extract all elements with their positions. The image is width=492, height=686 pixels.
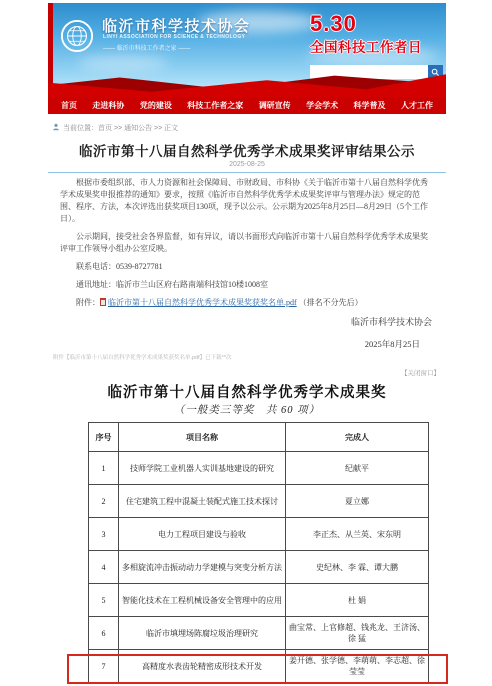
project-name: 住宅建筑工程中混凝土装配式施工技术探讨 [119,485,286,518]
article-body: 根据市委组织部、市人力资源和社会保障局、市财政局、市科协《关于临沂市第十八届自然… [60,177,434,309]
breadcrumb-text[interactable]: 当前位置：首页 >> 通知公告 >> 正文 [63,123,178,133]
project-name: 智能化技术在工程机械设备安全管理中的应用 [119,584,286,617]
nav-item-6[interactable]: 科学普及 [354,100,386,111]
row-number: 1 [89,452,119,485]
col-header-number: 序号 [89,423,119,452]
nav-item-1[interactable]: 走进科协 [92,100,124,111]
attachment-line: 附件：临沂市第十八届自然科学优秀学术成果奖获奖名单.pdf （排名不分先后） [60,297,434,309]
nav-item-4[interactable]: 调研宣传 [259,100,291,111]
main-nav: 首页走进科协党的建设科技工作者之家调研宣传学会学术科学普及人才工作 [48,97,446,114]
completers: 夏立娜 [286,485,429,518]
location-person-icon [52,123,60,133]
project-name: 多相旋流冲击振动动力学建模与突变分析方法 [119,551,286,584]
org-tagline: —— 临沂市科技工作者之家 —— [103,43,190,52]
row-number: 4 [89,551,119,584]
org-name-english: LINYI ASSOCIATION FOR SCIENCE & TECHNOLO… [103,34,245,40]
nav-item-3[interactable]: 科技工作者之家 [187,100,243,111]
table-row: 1技师学院工业机器人实训基地建设的研究纪献平 [89,452,429,485]
page: 临沂市科学技术协会 LINYI ASSOCIATION FOR SCIENCE … [0,0,492,686]
completers: 纪献平 [286,452,429,485]
article-title: 临沂市第十八届自然科学优秀学术成果奖评审结果公示 [48,140,446,160]
paragraph: 根据市委组织部、市人力资源和社会保障局、市财政局、市科协《关于临沂市第十八届自然… [60,177,434,225]
nav-item-2[interactable]: 党的建设 [140,100,172,111]
row-number: 3 [89,518,119,551]
project-name: 临沂市填埋场陈腐垃圾治理研究 [119,617,286,650]
header-banner: 临沂市科学技术协会 LINYI ASSOCIATION FOR SCIENCE … [48,3,446,97]
campaign-title: 全国科技工作者日 [310,36,422,56]
completers: 曲宝常、上官修超、钱兆龙、王济汤、徐 猛 [286,617,429,650]
breadcrumb: 当前位置：首页 >> 通知公告 >> 正文 [52,123,178,133]
col-header-project: 项目名称 [119,423,286,452]
table-row: 4多相旋流冲击振动动力学建模与突变分析方法史纪林、李 霖、谭大鹏 [89,551,429,584]
col-header-completers: 完成人 [286,423,429,452]
project-name: 电力工程项目建设与验收 [119,518,286,551]
award-table: 序号 项目名称 完成人 1技师学院工业机器人实训基地建设的研究纪献平2住宅建筑工… [88,422,429,683]
row-number: 6 [89,617,119,650]
attachment-label: 附件： [76,298,100,307]
campaign-number: 5.30 [310,11,357,37]
nav-item-5[interactable]: 学会学术 [306,100,338,111]
paragraph: 公示期间，接受社会各界监督，如有异议，请以书面形式向临沂市第十八届自然科学优秀学… [60,231,434,255]
award-title: 临沂市第十八届自然科学优秀学术成果奖 [48,381,446,402]
title-divider [48,172,446,173]
close-window-link[interactable]: 【关闭窗口】 [401,368,440,377]
completers: 姜开德、张学德、李萌萌、李志超、徐莹莹 [286,650,429,683]
completers: 李正杰、从兰英、宋东明 [286,518,429,551]
pdf-file-icon [100,298,106,306]
org-name: 临沂市科学技术协会 [102,15,251,36]
row-number: 2 [89,485,119,518]
nav-item-7[interactable]: 人才工作 [401,100,433,111]
association-logo-icon [60,19,94,53]
table-row: 7高精度水表齿轮精密成形技术开发姜开德、张学德、李萌萌、李志超、徐莹莹 [89,650,429,683]
cloud-decoration [78,55,168,71]
table-row: 6临沂市填埋场陈腐垃圾治理研究曲宝常、上官修超、钱兆龙、王济汤、徐 猛 [89,617,429,650]
award-table-body: 1技师学院工业机器人实训基地建设的研究纪献平2住宅建筑工程中混凝土装配式施工技术… [89,452,429,683]
attachment-link[interactable]: 临沂市第十八届自然科学优秀学术成果奖获奖名单.pdf [108,298,297,307]
table-row: 3电力工程项目建设与验收李正杰、从兰英、宋东明 [89,518,429,551]
signature-org: 临沂市科学技术协会 [351,315,432,328]
award-subtitle: （一般类三等奖 共 60 项） [48,402,446,417]
row-number: 7 [89,650,119,683]
signature-date: 2025年8月25日 [365,338,420,350]
download-count-note: 附件【临沂市第十八届自然科学优秀学术成果奖获奖名单.pdf】已下载**次 [53,353,231,361]
attachment-note: （排名不分先后） [299,298,363,307]
table-row: 2住宅建筑工程中混凝土装配式施工技术探讨夏立娜 [89,485,429,518]
nav-item-0[interactable]: 首页 [61,100,77,111]
table-row: 5智能化技术在工程机械设备安全管理中的应用杜 娟 [89,584,429,617]
contact-address: 通讯地址：临沂市兰山区府右路南端科技馆10楼1008室 [60,279,434,291]
table-header-row: 序号 项目名称 完成人 [89,423,429,452]
contact-phone: 联系电话：0539-8727781 [60,261,434,273]
project-name: 技师学院工业机器人实训基地建设的研究 [119,452,286,485]
project-name: 高精度水表齿轮精密成形技术开发 [119,650,286,683]
row-number: 5 [89,584,119,617]
completers: 杜 娟 [286,584,429,617]
article-date: 2025-08-25 [48,161,446,168]
completers: 史纪林、李 霖、谭大鹏 [286,551,429,584]
